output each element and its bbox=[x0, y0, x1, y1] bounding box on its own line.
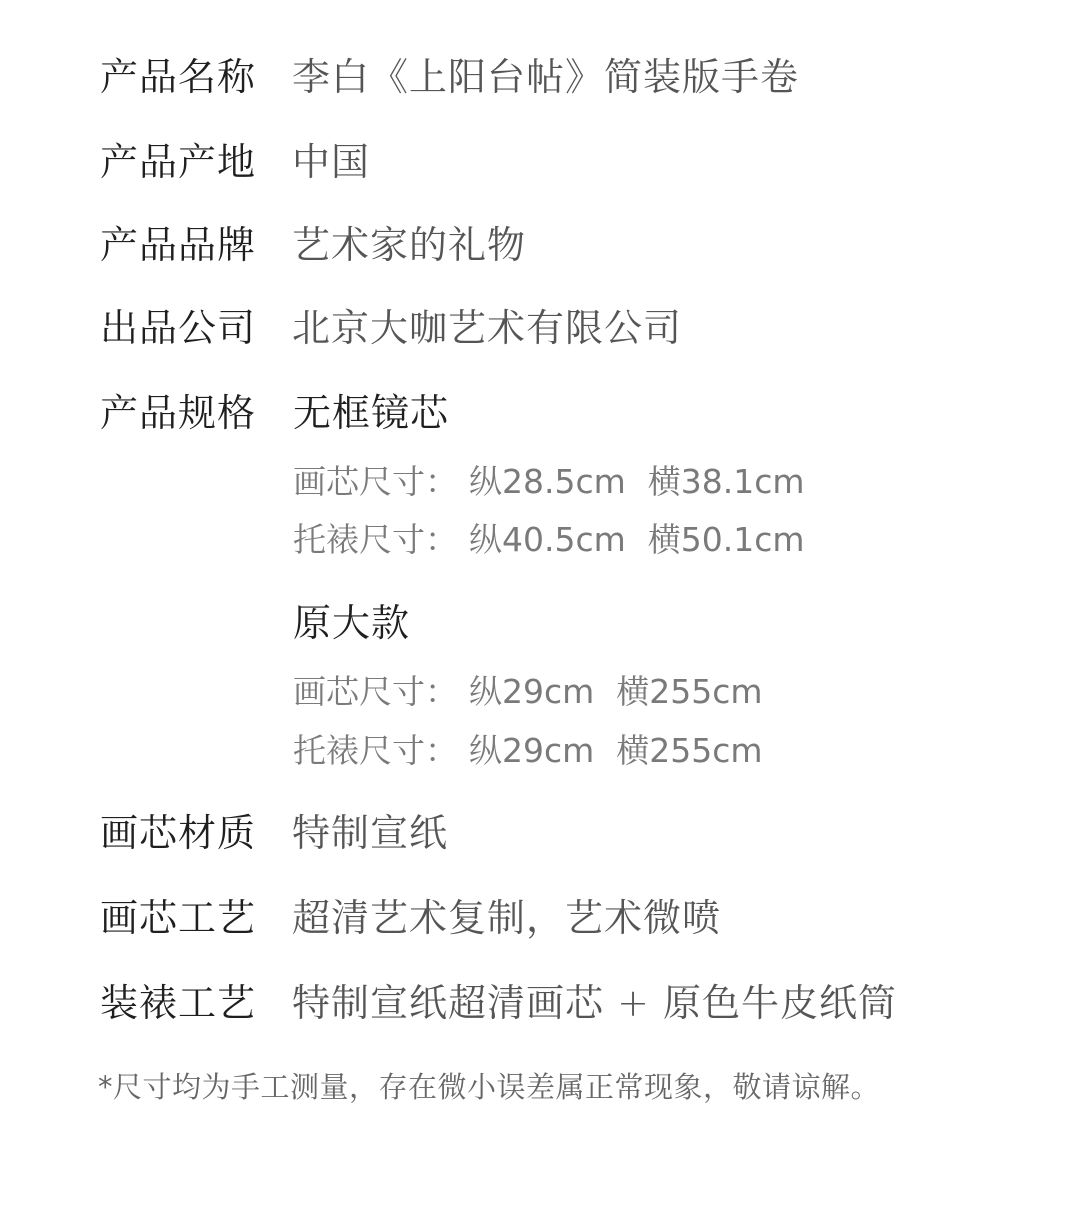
label: 画芯工艺 bbox=[100, 887, 292, 942]
disclaimer-note: *尺寸均为手工测量，存在微小误差属正常现象，敬请谅解。 bbox=[98, 1065, 880, 1106]
value: 特制宣纸 bbox=[292, 802, 448, 857]
row-material: 画芯材质 特制宣纸 bbox=[100, 802, 448, 857]
label: 产品名称 bbox=[100, 46, 292, 101]
label: 产品产地 bbox=[100, 131, 292, 186]
dim-horizontal: 横38.1cm bbox=[648, 456, 805, 503]
dim-horizontal: 横255cm bbox=[616, 666, 762, 713]
dim-horizontal: 横255cm bbox=[616, 725, 762, 772]
dim-row: 画芯尺寸：纵29cm横255cm bbox=[293, 666, 763, 713]
row-spec: 产品规格 bbox=[100, 382, 292, 437]
value: 特制宣纸超清画芯 + 原色牛皮纸筒 bbox=[292, 972, 897, 1027]
value: 中国 bbox=[292, 131, 370, 186]
label: 产品规格 bbox=[100, 382, 292, 437]
dim-vertical: 纵40.5cm bbox=[469, 514, 626, 561]
label: 产品品牌 bbox=[100, 214, 292, 269]
row-brand: 产品品牌 艺术家的礼物 bbox=[100, 214, 526, 269]
label: 装裱工艺 bbox=[100, 972, 292, 1027]
value: 北京大咖艺术有限公司 bbox=[292, 297, 682, 352]
spec-variant-original-size: 原大款 bbox=[293, 592, 410, 647]
dim-horizontal: 横50.1cm bbox=[648, 514, 805, 561]
row-product-name: 产品名称 李白《上阳台帖》简装版手卷 bbox=[100, 46, 799, 101]
dim-vertical: 纵29cm bbox=[469, 725, 594, 772]
dim-row: 托裱尺寸：纵40.5cm横50.1cm bbox=[293, 514, 805, 561]
value: 超清艺术复制，艺术微喷 bbox=[292, 887, 721, 942]
label: 出品公司 bbox=[100, 297, 292, 352]
dim-key: 画芯尺寸： bbox=[293, 666, 469, 713]
dim-row: 画芯尺寸：纵28.5cm横38.1cm bbox=[293, 456, 805, 503]
dim-row: 托裱尺寸：纵29cm横255cm bbox=[293, 725, 763, 772]
dim-key: 托裱尺寸： bbox=[293, 725, 469, 772]
label: 画芯材质 bbox=[100, 802, 292, 857]
dim-key: 画芯尺寸： bbox=[293, 456, 469, 503]
row-company: 出品公司 北京大咖艺术有限公司 bbox=[100, 297, 682, 352]
row-origin: 产品产地 中国 bbox=[100, 131, 370, 186]
dim-key: 托裱尺寸： bbox=[293, 514, 469, 561]
value: 李白《上阳台帖》简装版手卷 bbox=[292, 46, 799, 101]
value: 艺术家的礼物 bbox=[292, 214, 526, 269]
spec-variant-frameless: 无框镜芯 bbox=[293, 382, 449, 437]
row-craft: 画芯工艺 超清艺术复制，艺术微喷 bbox=[100, 887, 721, 942]
dim-vertical: 纵28.5cm bbox=[469, 456, 626, 503]
row-mounting: 装裱工艺 特制宣纸超清画芯 + 原色牛皮纸筒 bbox=[100, 972, 897, 1027]
dim-vertical: 纵29cm bbox=[469, 666, 594, 713]
